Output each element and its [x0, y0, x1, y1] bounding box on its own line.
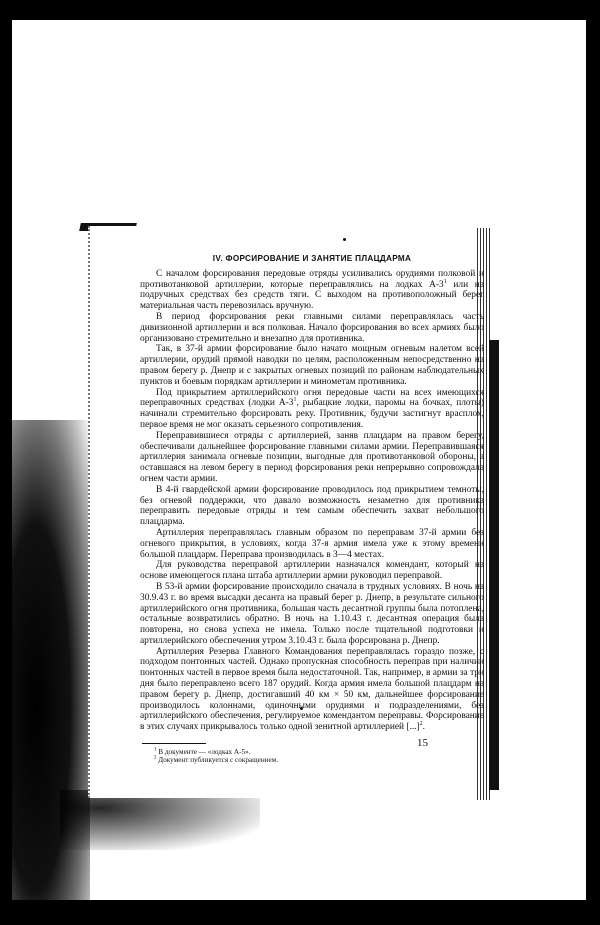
paragraph: В 4-й гвардейской армии форсирование про… [140, 485, 484, 528]
page-number: 15 [417, 737, 428, 749]
paragraph: В период форсирования реки главными сила… [140, 312, 484, 344]
paragraph: С началом форсирования передовые отряды … [140, 269, 484, 312]
paragraph: Артиллерия Резерва Главного Командования… [140, 647, 484, 733]
section-heading: IV. ФОРСИРОВАНИЕ И ЗАНЯТИЕ ПЛАЦДАРМА [140, 254, 484, 265]
scan-smudge-bottom [60, 790, 260, 850]
paragraph: Так, в 37-й армии форсирование было нача… [140, 344, 484, 387]
page-edge-shadow [489, 340, 499, 790]
paragraph: Под прикрытием артиллерийского огня пере… [140, 388, 484, 431]
paragraph: Для руководства переправой артиллерии на… [140, 560, 484, 582]
footnote: 2 Документ публикуется с сокращением. [154, 756, 484, 764]
paragraph: Артиллерия переправлялась главным образо… [140, 528, 484, 560]
page-content: IV. ФОРСИРОВАНИЕ И ЗАНЯТИЕ ПЛАЦДАРМА С н… [140, 248, 484, 764]
footnote-divider [142, 743, 206, 744]
paragraph: Переправившиеся отряды с артиллерией, за… [140, 431, 484, 485]
paragraph: В 53-й армии форсирование происходило сн… [140, 582, 484, 647]
footnotes: 1 В документе — «лодках А-5». 2 Документ… [140, 748, 484, 764]
scan-speck [343, 238, 346, 241]
